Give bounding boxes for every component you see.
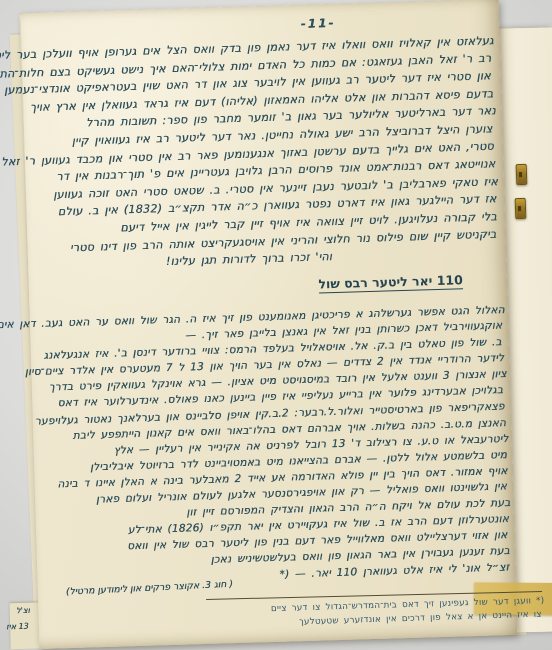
edge-note: 13 איז [6, 622, 29, 632]
manuscript-page: -11- געלאזט אין קאלויז וואס וואלו איז דע… [21, 0, 518, 649]
section-heading: 110 יאר ליטער רבס שול [318, 272, 463, 293]
handwriting-block-2: האלול הגט אפשר גערשלהג א פריכטיגן מאנומע… [42, 302, 511, 589]
handwriting-block-1: געלאזט אין קאלויז וואס וואלו איז דער נאמ… [36, 32, 499, 274]
brass-staple-icon [516, 164, 528, 185]
brass-staple-icon [515, 198, 527, 219]
manuscript-scan: וצ'ל 13 איז -11- געלאזט אין קאלויז וואס … [0, 0, 552, 650]
edge-note: וצ'ל [16, 606, 30, 615]
footnote-block: (* וועגן דער שול געפינען זיך דאס בית־המד… [178, 595, 543, 633]
page-number: -11- [273, 15, 363, 32]
